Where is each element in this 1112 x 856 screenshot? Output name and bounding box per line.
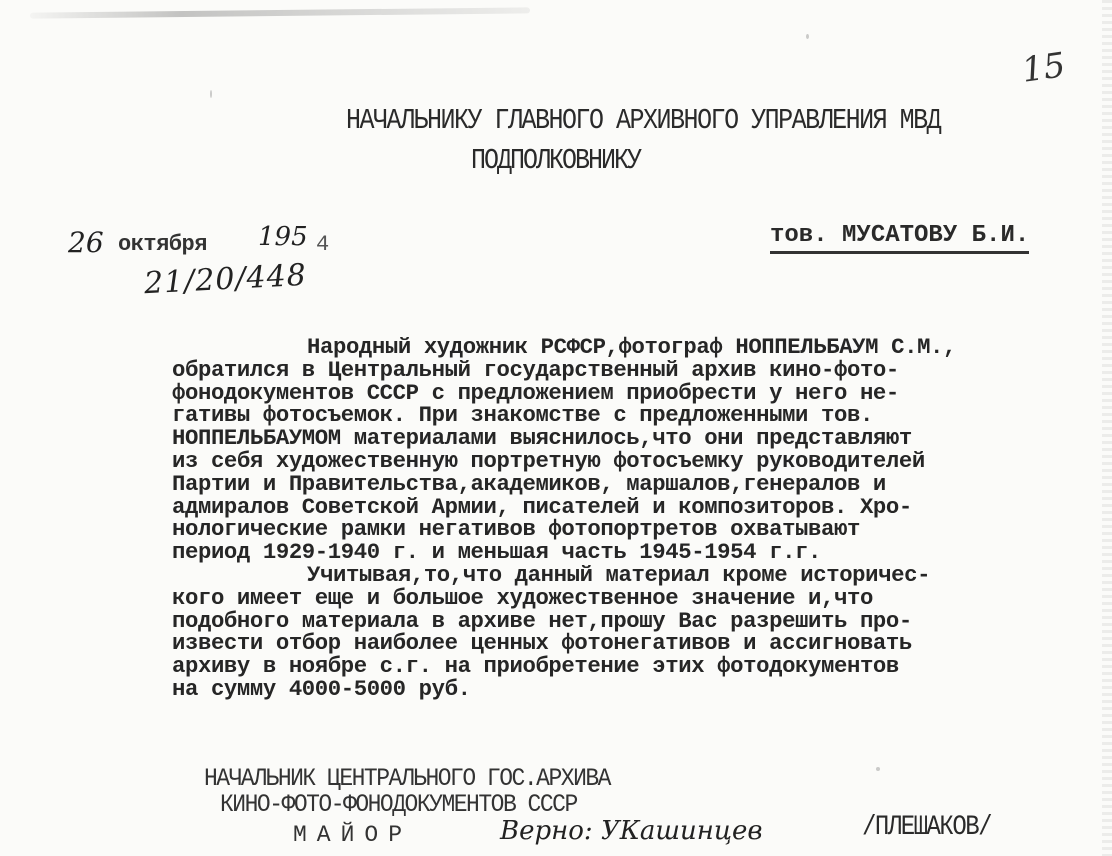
body-line: адмиралов Советской Армии, писателей и к… — [172, 496, 1102, 519]
addressee-title: НАЧАЛЬНИКУ ГЛАВНОГО АРХИВНОГО УПРАВЛЕНИЯ… — [346, 104, 940, 137]
body-line: Народный художник РСФСР,фотограф НОППЕЛЬ… — [172, 336, 1102, 359]
signatory-title-line1: НАЧАЛЬНИК ЦЕНТРАЛЬНОГО ГОС.АРХИВА — [204, 764, 610, 793]
body-line: НОППЕЛЬБАУМОМ материалами выяснилось,что… — [172, 427, 1102, 450]
body-line: Партии и Правительства,академиков, марша… — [172, 473, 1102, 496]
registration-number: 21/20/448 — [143, 258, 307, 301]
signatory-title-line2: КИНО-ФОТО-ФОНОДОКУМЕНТОВ СССР — [220, 790, 577, 819]
recipient-name: тов. МУСАТОВУ Б.И. — [770, 222, 1029, 254]
body-line: фонодокументов СССР с предложением приоб… — [172, 382, 1102, 405]
body-line: архиву в ноябре с.г. на приобретение эти… — [172, 655, 1102, 678]
body-line: нологические рамки негативов фотопортрет… — [172, 518, 1102, 541]
body-line: гативы фотосъемок. При знакомстве с пред… — [172, 404, 1102, 427]
date-year-typed-digit: 4 — [316, 232, 329, 257]
body-line: Учитывая,то,что данный материал кроме ис… — [172, 564, 1102, 587]
signatory-rank: МАЙОР — [293, 822, 412, 848]
body-line: подобного материала в архиве нет,прошу В… — [172, 610, 1102, 633]
paper-right-edge — [1102, 0, 1112, 856]
archival-letter-page: 15 НАЧАЛЬНИКУ ГЛАВНОГО АРХИВНОГО УПРАВЛЕ… — [0, 0, 1112, 856]
signatory-name: /ПЛЕШАКОВ/ — [862, 812, 991, 843]
paper-speck — [210, 90, 212, 98]
body-line: кого имеет еще и большое художественное … — [172, 587, 1102, 610]
body-line: период 1929-1940 г. и меньшая часть 1945… — [172, 541, 1102, 564]
body-line: обратился в Центральный государственный … — [172, 359, 1102, 382]
paper-speck — [806, 34, 809, 39]
body-line: из себя художественную портретную фотосъ… — [172, 450, 1102, 473]
handwritten-certification: Верно: УКашинцев — [500, 816, 763, 846]
body-line: извести отбор наиболее ценных фотонегати… — [172, 632, 1102, 655]
paper-edge-shadow — [30, 7, 530, 18]
date-month: октября — [118, 232, 207, 257]
date-year-handwritten: 195 — [258, 222, 308, 252]
paper-speck — [876, 767, 880, 771]
letter-body: Народный художник РСФСР,фотограф НОППЕЛЬ… — [172, 336, 1102, 701]
body-line: на сумму 4000-5000 руб. — [172, 678, 1102, 701]
addressee-rank: ПОДПОЛКОВНИКУ — [471, 144, 640, 177]
handwritten-sheet-number: 15 — [1019, 45, 1067, 91]
date-day-handwritten: 26 — [68, 226, 104, 259]
